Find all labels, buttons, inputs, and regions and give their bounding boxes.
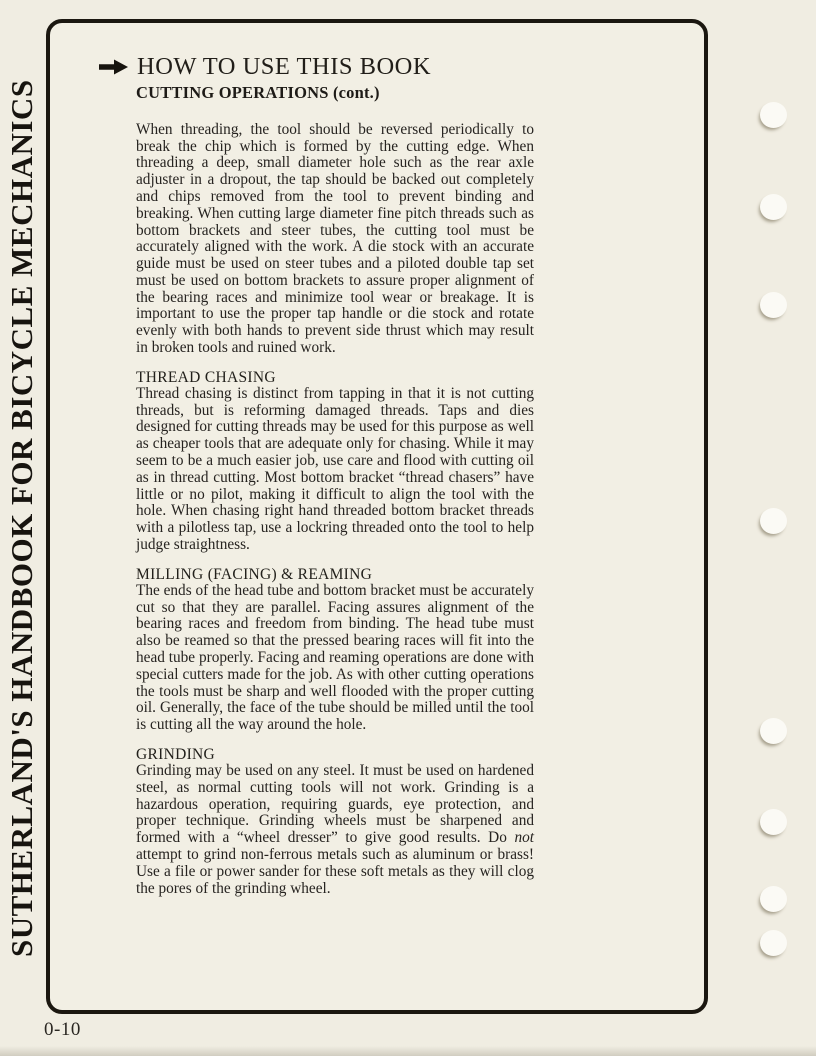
- binder-hole: [760, 809, 787, 835]
- paragraph-grinding: Grinding may be used on any steel. It mu…: [136, 763, 534, 897]
- binder-hole: [760, 194, 787, 220]
- paragraph-cutting-operations: When threading, the tool should be rever…: [136, 122, 534, 357]
- heading-grinding: GRINDING: [136, 746, 536, 763]
- title-row: HOW TO USE THIS BOOK: [99, 54, 536, 80]
- binder-hole: [760, 718, 787, 744]
- binder-hole: [760, 292, 787, 318]
- binder-hole: [760, 102, 787, 128]
- heading-thread-chasing: THREAD CHASING: [136, 369, 536, 386]
- grinding-text-pre: Grinding may be used on any steel. It mu…: [136, 762, 534, 846]
- binder-hole: [760, 508, 787, 534]
- page-number: 0-10: [44, 1019, 81, 1041]
- grinding-text-emphasis: not: [514, 829, 534, 846]
- paragraph-milling-reaming: The ends of the head tube and bottom bra…: [136, 583, 534, 734]
- spine-title: SUTHERLAND'S HANDBOOK FOR BICYCLE MECHAN…: [4, 101, 40, 957]
- arrow-icon: [99, 59, 128, 75]
- binder-hole: [760, 886, 787, 912]
- page-title: HOW TO USE THIS BOOK: [137, 54, 431, 80]
- page-content: HOW TO USE THIS BOOK CUTTING OPERATIONS …: [136, 54, 536, 897]
- page-frame: HOW TO USE THIS BOOK CUTTING OPERATIONS …: [46, 19, 708, 1014]
- section-subtitle: CUTTING OPERATIONS (cont.): [136, 83, 536, 103]
- heading-milling-reaming: MILLING (FACING) & REAMING: [136, 566, 536, 583]
- scanned-page: SUTHERLAND'S HANDBOOK FOR BICYCLE MECHAN…: [0, 0, 816, 1056]
- scan-edge-shadow: [0, 1046, 816, 1056]
- binder-hole: [760, 930, 787, 956]
- paragraph-thread-chasing: Thread chasing is distinct from tapping …: [136, 386, 534, 554]
- grinding-text-post: attempt to grind non-ferrous metals such…: [136, 846, 534, 897]
